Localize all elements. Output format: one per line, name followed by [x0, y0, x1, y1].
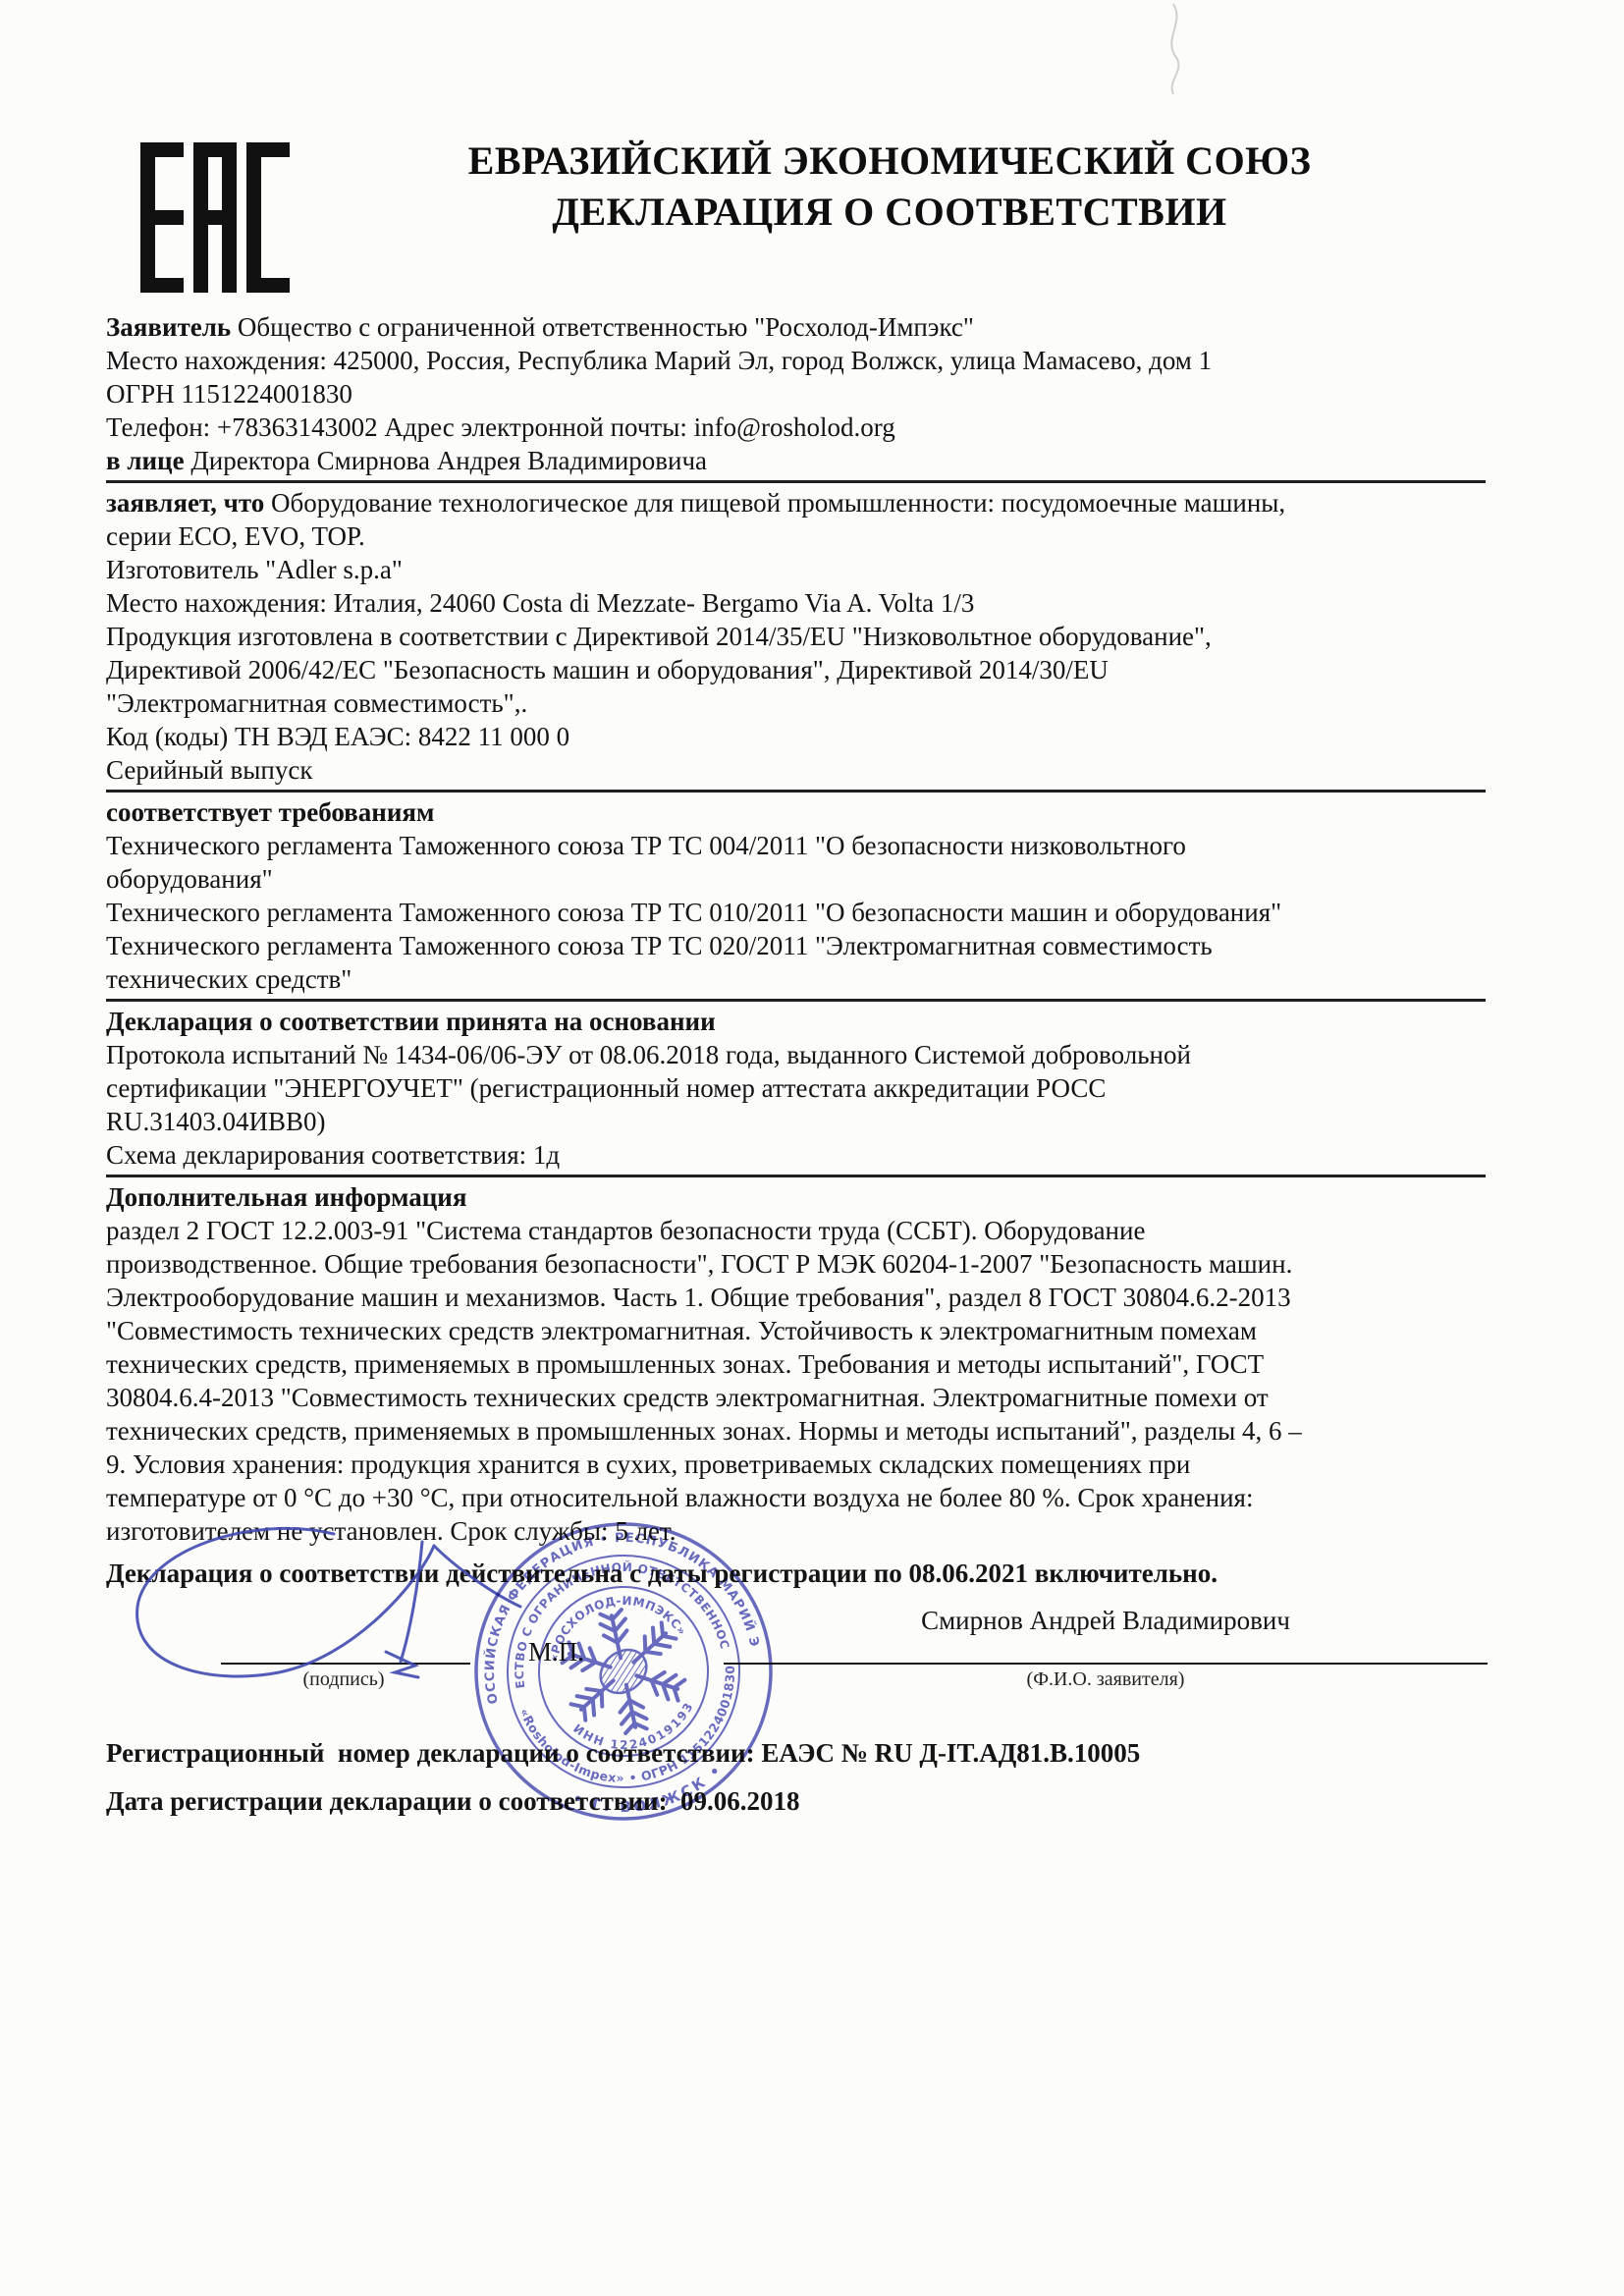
- text-line: оборудования": [106, 862, 1488, 896]
- text-line: технических средств": [106, 962, 1488, 996]
- text-line: Заявитель Общество с ограниченной ответс…: [106, 310, 1488, 344]
- signature-row: (подпись) М.П. Смирнов Андрей Владимиров…: [106, 1606, 1488, 1706]
- mp-label: М.П.: [528, 1637, 584, 1667]
- text-line: технических средств, применяемых в промы…: [106, 1414, 1488, 1448]
- title-line-1: ЕВРАЗИЙСКИЙ ЭКОНОМИЧЕСКИЙ СОЮЗ: [399, 136, 1380, 187]
- text-line: раздел 2 ГОСТ 12.2.003-91 "Система станд…: [106, 1214, 1488, 1247]
- title-line-2: ДЕКЛАРАЦИЯ О СООТВЕТСТВИИ: [399, 187, 1380, 238]
- text-line: ОГРН 1151224001830: [106, 377, 1488, 410]
- text-line: Декларация о соответствии принята на осн…: [106, 1005, 1488, 1038]
- text-line: Схема декларирования соответствия: 1д: [106, 1138, 1488, 1172]
- fio-name: Смирнов Андрей Владимирович: [724, 1606, 1488, 1636]
- text-line: технических средств, применяемых в промы…: [106, 1347, 1488, 1381]
- registration-date-line: Дата регистрации декларации о соответств…: [106, 1784, 1488, 1818]
- registration-number-line: Регистрационный номер декларации о соотв…: [106, 1736, 1488, 1770]
- text-line: Телефон: +78363143002 Адрес электронной …: [106, 410, 1488, 444]
- text-line: Технического регламента Таможенного союз…: [106, 896, 1488, 929]
- text-line: производственное. Общие требования безоп…: [106, 1247, 1488, 1281]
- text-line: "Электромагнитная совместимость",.: [106, 686, 1488, 720]
- text-line: Директивой 2006/42/EC "Безопасность маши…: [106, 653, 1488, 686]
- text-line: в лице Директора Смирнова Андрея Владими…: [106, 444, 1488, 477]
- document-title: ЕВРАЗИЙСКИЙ ЭКОНОМИЧЕСКИЙ СОЮЗ ДЕКЛАРАЦИ…: [399, 136, 1380, 238]
- text-line: Дополнительная информация: [106, 1180, 1488, 1214]
- text-line: соответствует требованиям: [106, 795, 1488, 829]
- validity-line: Декларация о соответствии действительна …: [106, 1557, 1488, 1590]
- text-line: Изготовитель "Adler s.p.a": [106, 553, 1488, 586]
- sections-host: Заявитель Общество с ограниченной ответс…: [106, 310, 1488, 1548]
- document-page: ЕВРАЗИЙСКИЙ ЭКОНОМИЧЕСКИЙ СОЮЗ ДЕКЛАРАЦИ…: [0, 0, 1624, 2296]
- text-line: температуре от 0 °С до +30 °С, при относ…: [106, 1481, 1488, 1514]
- text-line: Серийный выпуск: [106, 753, 1488, 787]
- text-line: 30804.6.4-2013 "Совместимость технически…: [106, 1381, 1488, 1414]
- podpis-label: (подпись): [255, 1668, 432, 1691]
- section-divider: [106, 999, 1486, 1002]
- text-line: Технического регламента Таможенного союз…: [106, 929, 1488, 962]
- text-line: 9. Условия хранения: продукция хранится …: [106, 1448, 1488, 1481]
- signature-line: [221, 1663, 470, 1665]
- section-divider: [106, 1175, 1486, 1177]
- text-line: RU.31403.04ИВВ0): [106, 1105, 1488, 1138]
- text-line: Технического регламента Таможенного союз…: [106, 829, 1488, 862]
- fio-line: [724, 1663, 1488, 1665]
- text-line: Место нахождения: 425000, Россия, Респуб…: [106, 344, 1488, 377]
- scan-artifact: [1154, 0, 1213, 108]
- text-line: Электрооборудование машин и механизмов. …: [106, 1281, 1488, 1314]
- text-line: изготовителем не установлен. Срок службы…: [106, 1514, 1488, 1548]
- text-line: "Совместимость технических средств элект…: [106, 1314, 1488, 1347]
- text-line: заявляет, что Оборудование технологическ…: [106, 486, 1488, 519]
- text-line: Код (коды) ТН ВЭД ЕАЭС: 8422 11 000 0: [106, 720, 1488, 753]
- text-line: сертификации "ЭНЕРГОУЧЕТ" (регистрационн…: [106, 1071, 1488, 1105]
- text-line: Продукция изготовлена в соответствии с Д…: [106, 620, 1488, 653]
- text-line: Протокола испытаний № 1434-06/06-ЭУ от 0…: [106, 1038, 1488, 1071]
- doc-body: Заявитель Общество с ограниченной ответс…: [106, 310, 1488, 1818]
- text-line: серии ECO, EVO, TOP.: [106, 519, 1488, 553]
- section-divider: [106, 790, 1486, 793]
- section-divider: [106, 480, 1486, 483]
- text-line: Место нахождения: Италия, 24060 Costa di…: [106, 586, 1488, 620]
- eac-logo: [140, 142, 290, 293]
- fio-label: (Ф.И.О. заявителя): [724, 1668, 1488, 1691]
